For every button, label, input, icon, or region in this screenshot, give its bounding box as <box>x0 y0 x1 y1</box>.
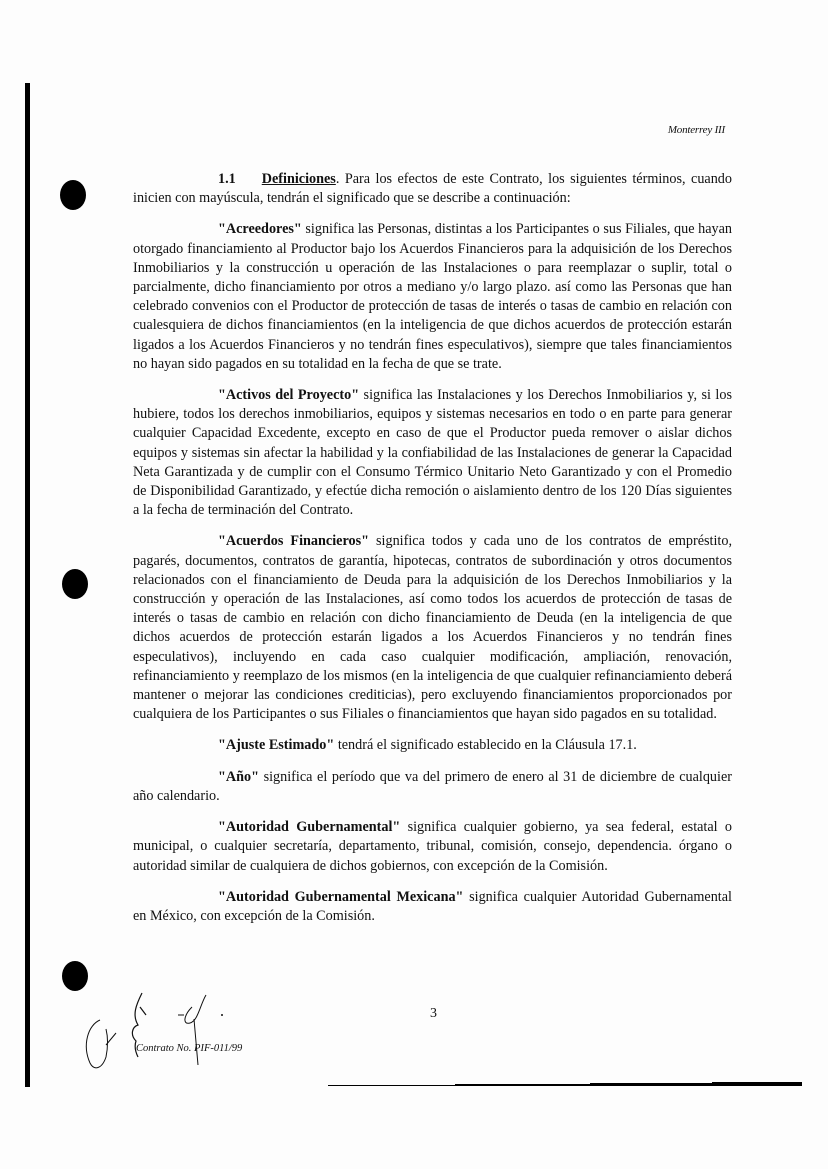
scan-left-border <box>25 83 30 1087</box>
definition-text: significa todos y cada uno de los contra… <box>133 533 732 722</box>
definition-text: significa las Personas, distintas a los … <box>133 221 732 371</box>
punch-hole-top <box>60 180 86 210</box>
definition-text: significa las Instalaciones y los Derech… <box>133 387 732 518</box>
definition-term: "Ajuste Estimado" <box>218 737 334 753</box>
document-body: 1.1Definiciones. Para los efectos de est… <box>133 170 732 938</box>
page-number: 3 <box>430 1006 437 1022</box>
definition-term: "Acreedores" <box>218 221 302 237</box>
definition-paragraph: "Ajuste Estimado" tendrá el significado … <box>133 736 732 755</box>
handwritten-signatures-icon <box>80 985 260 1075</box>
definition-term: "Autoridad Gubernamental" <box>218 819 400 835</box>
running-header: Monterrey III <box>668 124 725 136</box>
definition-paragraph: "Autoridad Gubernamental Mexicana" signi… <box>133 888 732 926</box>
definition-text: tendrá el significado establecido en la … <box>334 737 637 753</box>
bottom-rule-segment <box>712 1082 802 1086</box>
section-title: Definiciones <box>262 171 336 187</box>
definition-paragraph: "Año" significa el período que va del pr… <box>133 768 732 806</box>
bottom-rule-segment <box>328 1085 458 1086</box>
definition-term: "Acuerdos Financieros" <box>218 533 369 549</box>
definition-term: "Año" <box>218 769 259 785</box>
bottom-rule-segment <box>455 1084 590 1086</box>
definition-paragraph: "Activos del Proyecto" significa las Ins… <box>133 386 732 520</box>
punch-hole-middle <box>62 569 88 599</box>
section-heading-paragraph: 1.1Definiciones. Para los efectos de est… <box>133 170 732 208</box>
definition-paragraph: "Acreedores" significa las Personas, dis… <box>133 220 732 374</box>
contract-number-label: Contrato No. PIF-011/99 <box>136 1043 242 1054</box>
definition-term: "Autoridad Gubernamental Mexicana" <box>218 889 463 905</box>
section-number: 1.1 <box>218 171 236 187</box>
definition-term: "Activos del Proyecto" <box>218 387 359 403</box>
bottom-rule-segment <box>590 1083 715 1086</box>
definition-paragraph: "Acuerdos Financieros" significa todos y… <box>133 532 732 724</box>
definition-paragraph: "Autoridad Gubernamental" significa cual… <box>133 818 732 876</box>
